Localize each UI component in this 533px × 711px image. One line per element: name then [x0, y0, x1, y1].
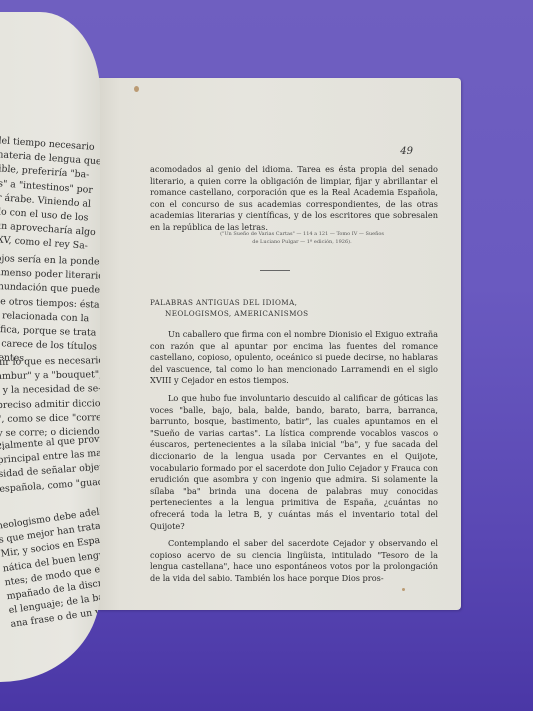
body-text: Un caballero que firma con el nombre Dio…: [150, 329, 438, 590]
text-line: preciso admitir diccio-: [0, 397, 97, 413]
left-text-block-4: cialmente al que provie- principal entre…: [0, 433, 100, 497]
paragraph: Un caballero que firma con el nombre Dio…: [150, 329, 438, 387]
citation-line-1: ("Un Sueño de Varias Cartas" — 114 a 121…: [182, 230, 422, 238]
section-divider: [260, 270, 290, 271]
left-text-block-5: neologismo debe adelan- s que mejor han …: [0, 506, 100, 632]
citation-line-2: de Luciano Pulgar — 1ª edición, 1926).: [182, 238, 422, 246]
opening-paragraph: acomodados al genio del idioma. Tarea es…: [150, 164, 438, 234]
citation: ("Un Sueño de Varias Cartas" — 114 a 121…: [182, 230, 422, 246]
page-number: 49: [400, 146, 413, 157]
left-page: del tiempo necesario materia de lengua q…: [0, 12, 100, 682]
section-heading-line-1: PALABRAS ANTIGUAS DEL IDIOMA,: [150, 298, 297, 307]
section-heading-line-2: NEOLOGISMOS, AMERICANISMOS: [150, 308, 308, 319]
left-text-block-1: del tiempo necesario materia de lengua q…: [0, 134, 96, 254]
text-line: ; y la necesidad de se-: [0, 383, 97, 399]
paragraph: Contemplando el saber del sacerdote Ceja…: [150, 538, 438, 584]
foxing-spot: [134, 86, 139, 92]
opening-paragraph-block: acomodados al genio del idioma. Tarea es…: [150, 164, 438, 240]
section-heading: PALABRAS ANTIGUAS DEL IDIOMA, NEOLOGISMO…: [150, 297, 308, 319]
paragraph: Lo que hubo fue involuntario descuido al…: [150, 393, 438, 532]
left-text-block-2: ojos sería en la ponde- amenso poder lit…: [0, 252, 96, 369]
